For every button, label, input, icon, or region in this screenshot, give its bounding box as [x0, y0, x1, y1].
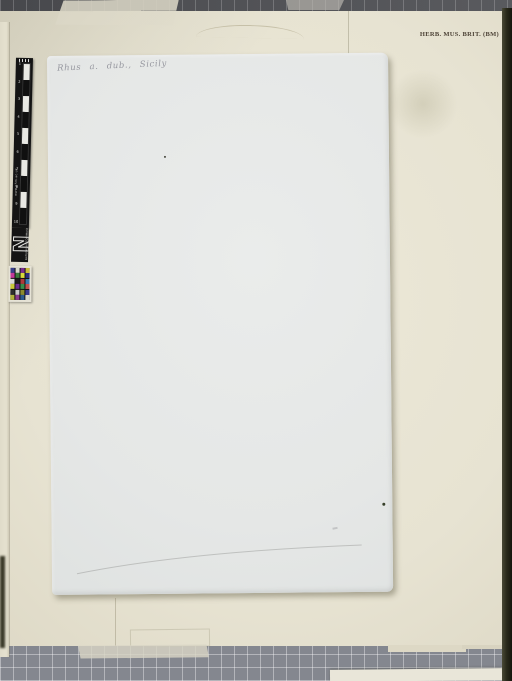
sheet-corner-bottom-right [330, 668, 502, 681]
color-patch [20, 273, 24, 278]
underlying-sheet-edge-bottom [115, 598, 116, 646]
ruler-segment [22, 144, 28, 160]
page-edge-line [9, 22, 10, 657]
tape-top-second [286, 0, 344, 10]
ruler-segment [21, 176, 27, 192]
ruler-number: 2 [18, 79, 20, 83]
nhm-logo-block: N NATURALHISTORYMUSEUM [11, 228, 29, 262]
tape-residue-mark [196, 24, 304, 39]
nhm-logo-text-line: MUSEUM [26, 228, 29, 235]
nhm-logo-text-line: HISTORY [25, 235, 28, 247]
color-checker [8, 266, 31, 302]
color-checker-grid [10, 268, 29, 300]
ruler-segment [23, 96, 29, 112]
ruler-bar: 12345678910 www.nhm.ac.uk [12, 58, 33, 228]
ruler-segment [20, 208, 26, 224]
color-patch [25, 279, 29, 284]
color-patch [10, 295, 14, 300]
color-patch [25, 290, 29, 295]
ruler-segment [21, 160, 27, 176]
ruler-number: 10 [14, 220, 19, 224]
faint-pencil-mark [332, 527, 337, 530]
nhm-logo-text-line: NATURAL [25, 247, 28, 260]
color-patch [10, 290, 14, 295]
color-patch [10, 284, 14, 289]
nhm-scale-bar: 12345678910 www.nhm.ac.uk N NATURALHISTO… [9, 58, 38, 264]
ruler-segment [20, 192, 26, 208]
color-patch [15, 284, 19, 289]
color-patch [20, 290, 24, 295]
ruler-segment [23, 80, 29, 96]
book-edge-left [0, 556, 5, 648]
board-edge-bump2 [462, 645, 502, 649]
color-patch [15, 295, 19, 300]
color-patch [11, 273, 15, 278]
color-patch [25, 268, 29, 273]
color-patch [25, 273, 29, 278]
ruler-number: 1 [19, 62, 21, 66]
color-patch [20, 295, 24, 300]
tape-bottom [78, 644, 209, 660]
ruler-number: 9 [15, 202, 17, 206]
book-edge-right [502, 8, 512, 681]
ruler-segment [23, 64, 29, 80]
color-patch [15, 279, 19, 284]
plant-fragment-speck [382, 503, 385, 506]
color-patch [15, 290, 19, 295]
color-patch [20, 268, 24, 273]
nhm-logo-text: NATURALHISTORYMUSEUM [25, 230, 29, 260]
color-patch [10, 279, 14, 284]
color-patch [15, 268, 19, 273]
herbarium-scan: HERB. MUS. BRIT. (BM) Rhus a. dub., Sici… [0, 0, 512, 681]
specimen-sheet: Rhus a. dub., Sicily [47, 53, 393, 595]
herbarium-stamp: HERB. MUS. BRIT. (BM) [415, 31, 499, 38]
board-stain [388, 69, 458, 139]
color-patch [20, 284, 24, 289]
color-patch [25, 284, 29, 289]
ruler-number: 3 [18, 97, 20, 101]
color-patch [25, 295, 29, 300]
dark-speck [164, 156, 166, 158]
tape-top [55, 0, 179, 27]
underlying-sheet-edge-top [348, 11, 349, 59]
color-patch [15, 273, 19, 278]
ruler-segment [22, 112, 28, 128]
handwritten-annotation: Rhus a. dub., Sicily [57, 57, 217, 74]
pencil-curve-line [67, 541, 377, 580]
board-edge-bump [388, 645, 466, 652]
color-patch [11, 268, 15, 273]
color-patch [20, 279, 24, 284]
ruler-segment [22, 128, 28, 144]
